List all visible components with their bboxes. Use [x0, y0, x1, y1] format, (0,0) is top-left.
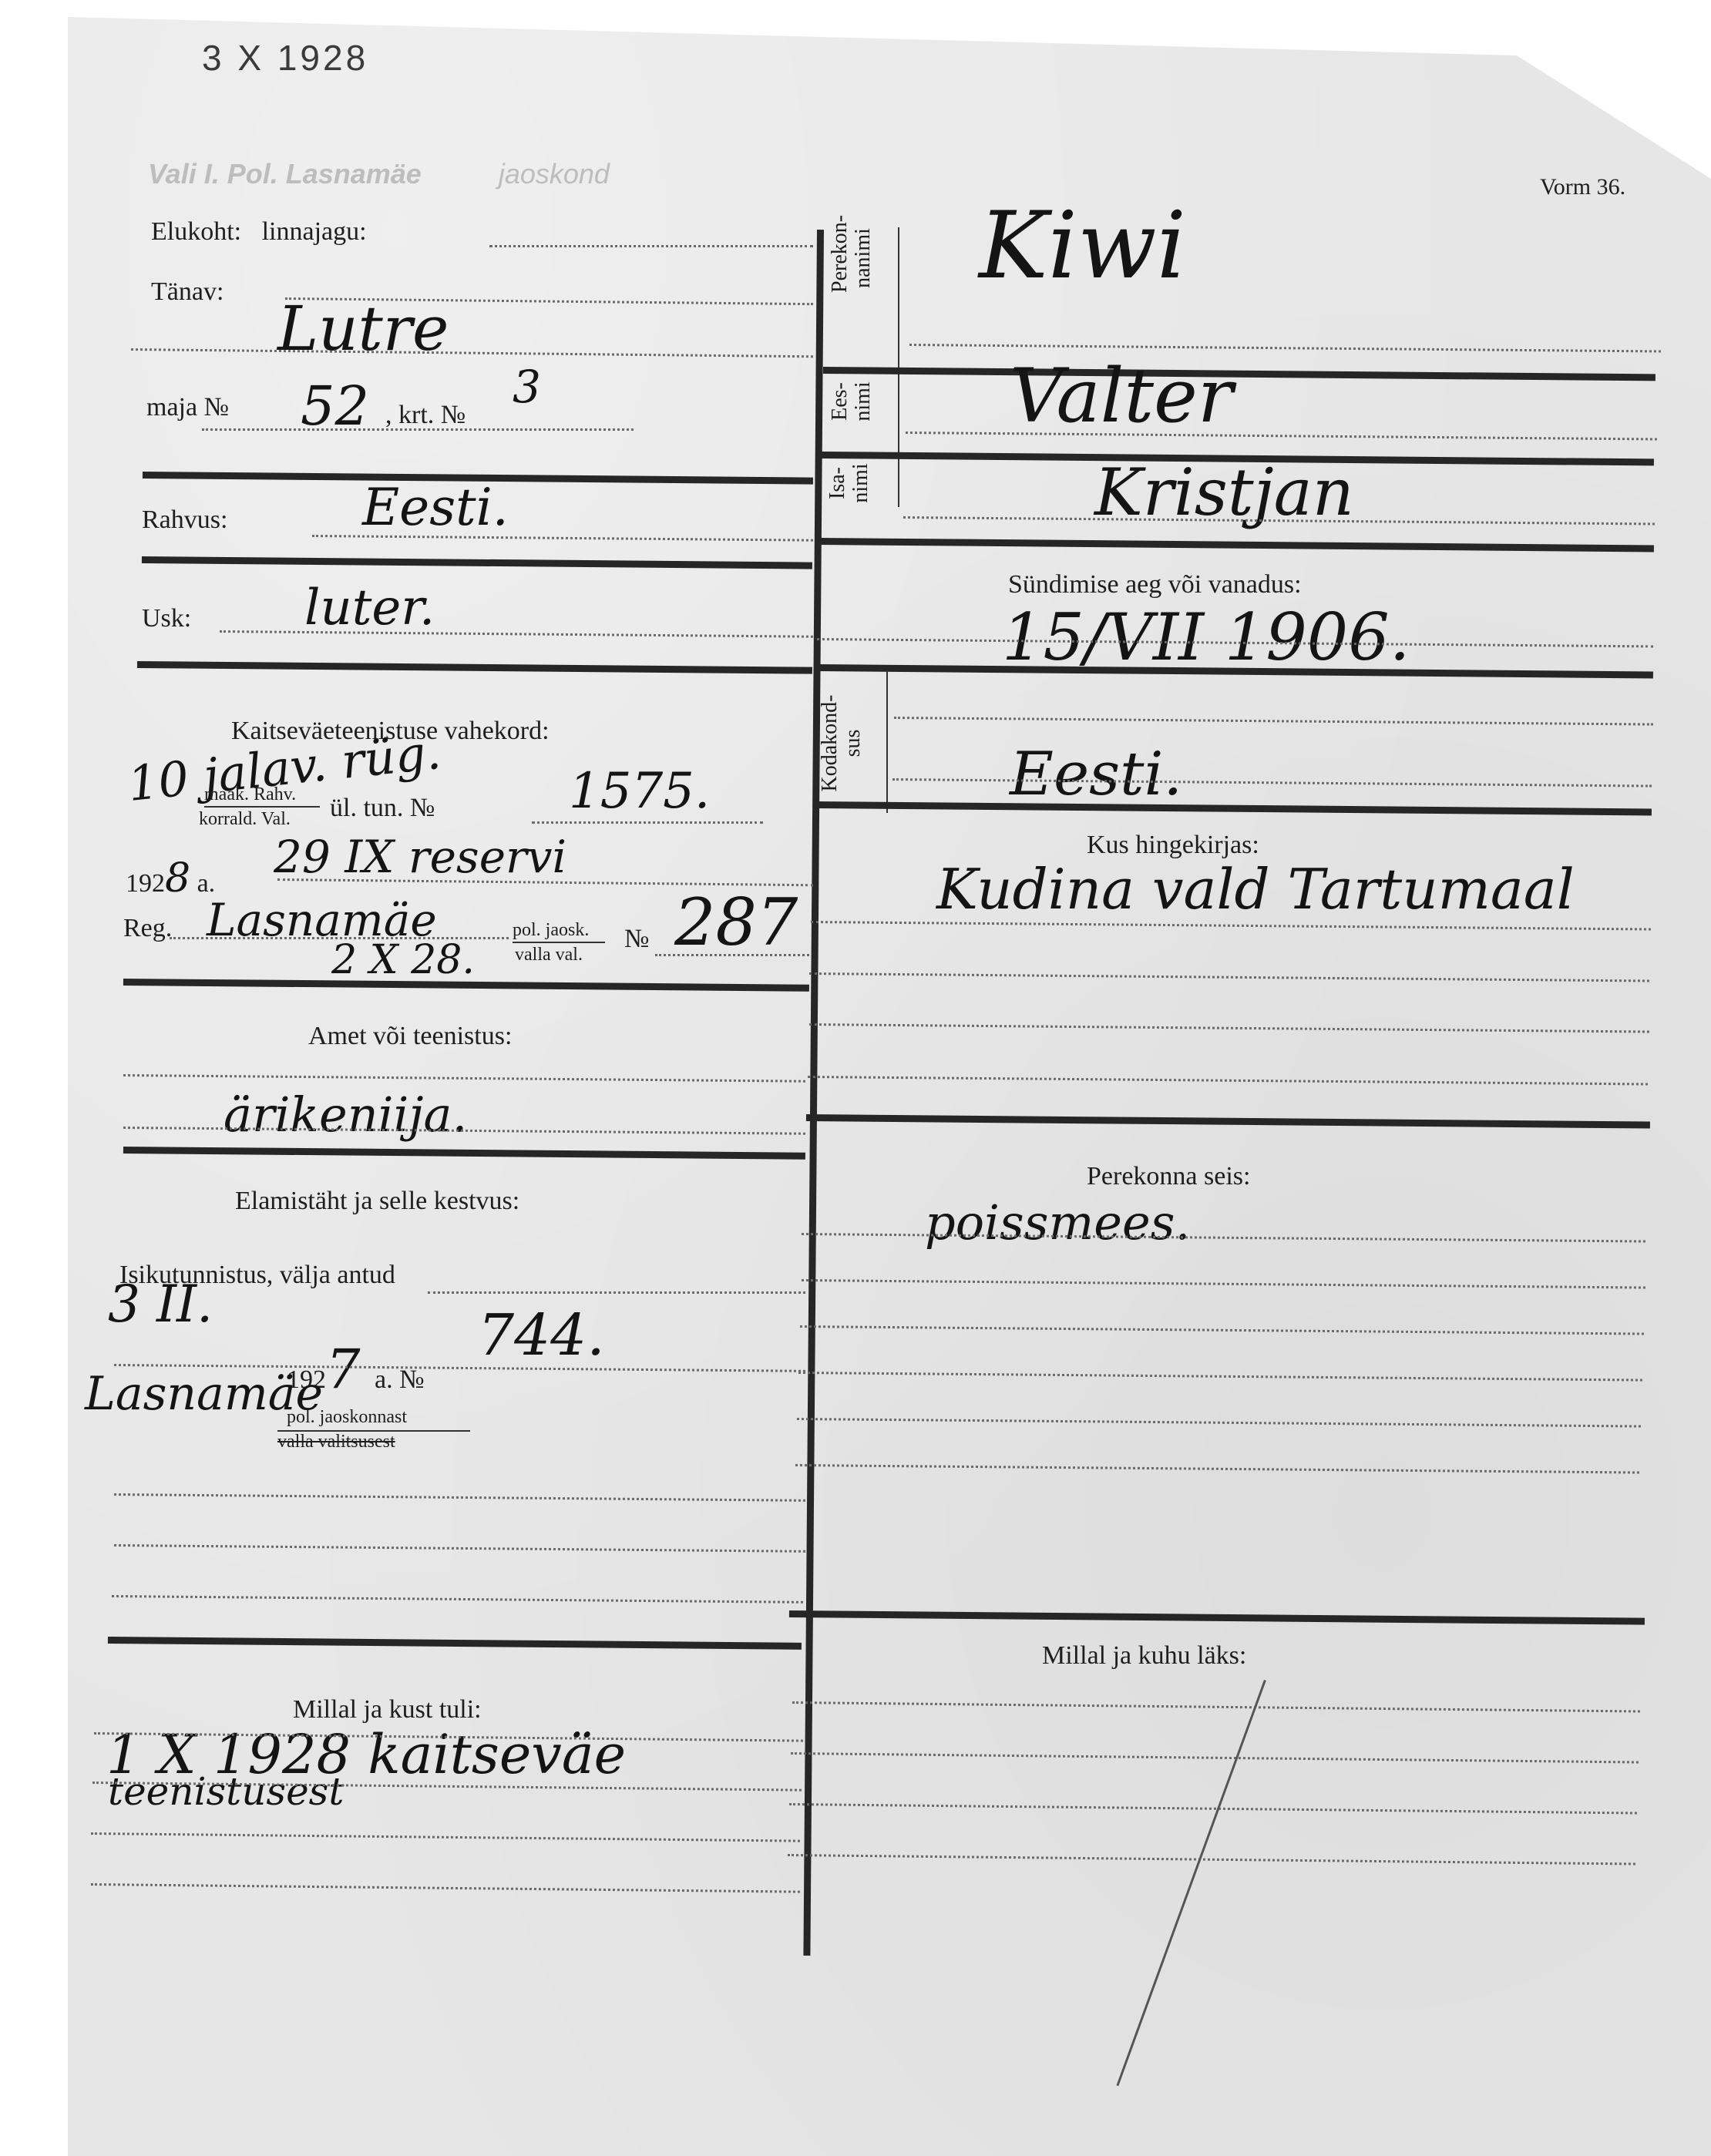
number-label: №: [624, 925, 649, 954]
apartment-label: , krt. №: [385, 401, 466, 430]
certificate-number: 1575.: [569, 763, 710, 820]
parish-register-label: Kus hingekirjas:: [1087, 831, 1259, 860]
arrival-label: Millal ja kust tuli:: [293, 1695, 482, 1724]
father-name-label-line1: Isa-: [826, 448, 849, 518]
family-status-value: poissmees.: [925, 1194, 1190, 1251]
first-name-label-line1: Ees-: [829, 367, 852, 436]
surname-label-line1: Perekon-: [829, 223, 852, 293]
issuer-parish-label: valla valitsusest: [277, 1432, 395, 1452]
id-number-value: 744.: [478, 1302, 605, 1368]
surname-value: Kiwi: [979, 193, 1186, 300]
birth-label: Sündimise aeg või vanadus:: [1008, 570, 1302, 599]
religion-label: Usk:: [142, 604, 191, 633]
nationality-label: Rahvus:: [142, 505, 227, 535]
office-stamp-suffix: jaoskond: [499, 158, 610, 190]
street-label: Tänav:: [151, 277, 224, 307]
street-value: Lutre: [277, 293, 449, 364]
father-name-label: Isa- nimi: [826, 448, 872, 518]
registration-label: Reg.: [123, 914, 172, 943]
reserve-date-value: 29 IX reservi: [274, 831, 566, 883]
surname-label: Perekon- nanimi: [829, 223, 875, 293]
office-stamp: Vali I. Pol. Lasnamäe jaoskond: [148, 158, 610, 190]
residence-permit-label: Elamistäht ja selle kestvus:: [235, 1187, 519, 1216]
house-field-line[interactable]: [202, 428, 634, 431]
family-status-label: Perekonna seis:: [1087, 1162, 1250, 1191]
parish-govt-label: valla val.: [515, 945, 583, 965]
nationality-value: Eesti.: [362, 478, 509, 537]
citizenship-value: Eesti.: [1010, 740, 1182, 809]
arrival-line-2: teenistusest: [108, 1769, 344, 1814]
surname-label-line2: nanimi: [852, 223, 875, 293]
citizenship-label-line2: sus: [842, 676, 865, 811]
departure-label: Millal ja kuhu läks:: [1042, 1641, 1246, 1671]
first-name-value: Valter: [1010, 353, 1233, 439]
fraction-line: [204, 806, 320, 808]
id-card-field-line[interactable]: [428, 1291, 805, 1294]
citizenship-label: Kodakond- sus: [819, 676, 865, 811]
district-label: linnajagu:: [262, 217, 367, 246]
house-label: maja №: [146, 393, 229, 422]
apartment-number: 3: [513, 361, 541, 413]
id-year-suffix: 7: [326, 1338, 361, 1401]
id-number-label: a. №: [375, 1365, 425, 1394]
citizenship-label-line1: Kodakond-: [819, 676, 842, 811]
id-issue-date: 3 II.: [108, 1274, 213, 1334]
admin-label: korrald. Val.: [199, 809, 291, 830]
registration-number: 287: [674, 885, 798, 960]
registration-field-line[interactable]: [170, 937, 509, 939]
form-number: Vorm 36.: [1540, 174, 1625, 200]
date-stamp: 3 X 1928: [202, 37, 368, 79]
first-name-label: Ees- nimi: [829, 367, 875, 436]
certificate-label: ül. tun. №: [330, 794, 435, 823]
fraction-line: [513, 942, 605, 943]
certificate-field-line[interactable]: [532, 821, 763, 824]
occupation-label: Amet või teenistus:: [308, 1022, 512, 1051]
year-prefix: 192: [126, 869, 165, 898]
number-field-line[interactable]: [655, 954, 809, 956]
office-stamp-name: Vali I. Pol. Lasnamäe: [148, 158, 422, 190]
residence-title: Elukoht:: [151, 217, 241, 246]
birth-value: 15/VII 1906.: [1002, 599, 1410, 675]
residence-label: Elukoht: linnajagu:: [151, 217, 367, 247]
label-column-divider: [886, 670, 888, 813]
parish-register-value: Kudina vald Tartumaal: [936, 857, 1575, 922]
religion-value: luter.: [304, 579, 435, 636]
county-label: maak. Rahv.: [204, 784, 296, 805]
district-field-line[interactable]: [489, 245, 813, 247]
police-precinct-label: pol. jaosk.: [513, 920, 589, 941]
year-label: 1928 a.: [126, 855, 215, 902]
year-suffix: 8: [165, 855, 190, 902]
first-name-label-line2: nimi: [852, 367, 875, 436]
occupation-value: ärikeniija.: [224, 1086, 467, 1143]
issuer-police-label: pol. jaoskonnast: [287, 1407, 407, 1428]
father-name-label-line2: nimi: [849, 448, 872, 518]
registration-date: 2 X 28.: [331, 937, 475, 983]
